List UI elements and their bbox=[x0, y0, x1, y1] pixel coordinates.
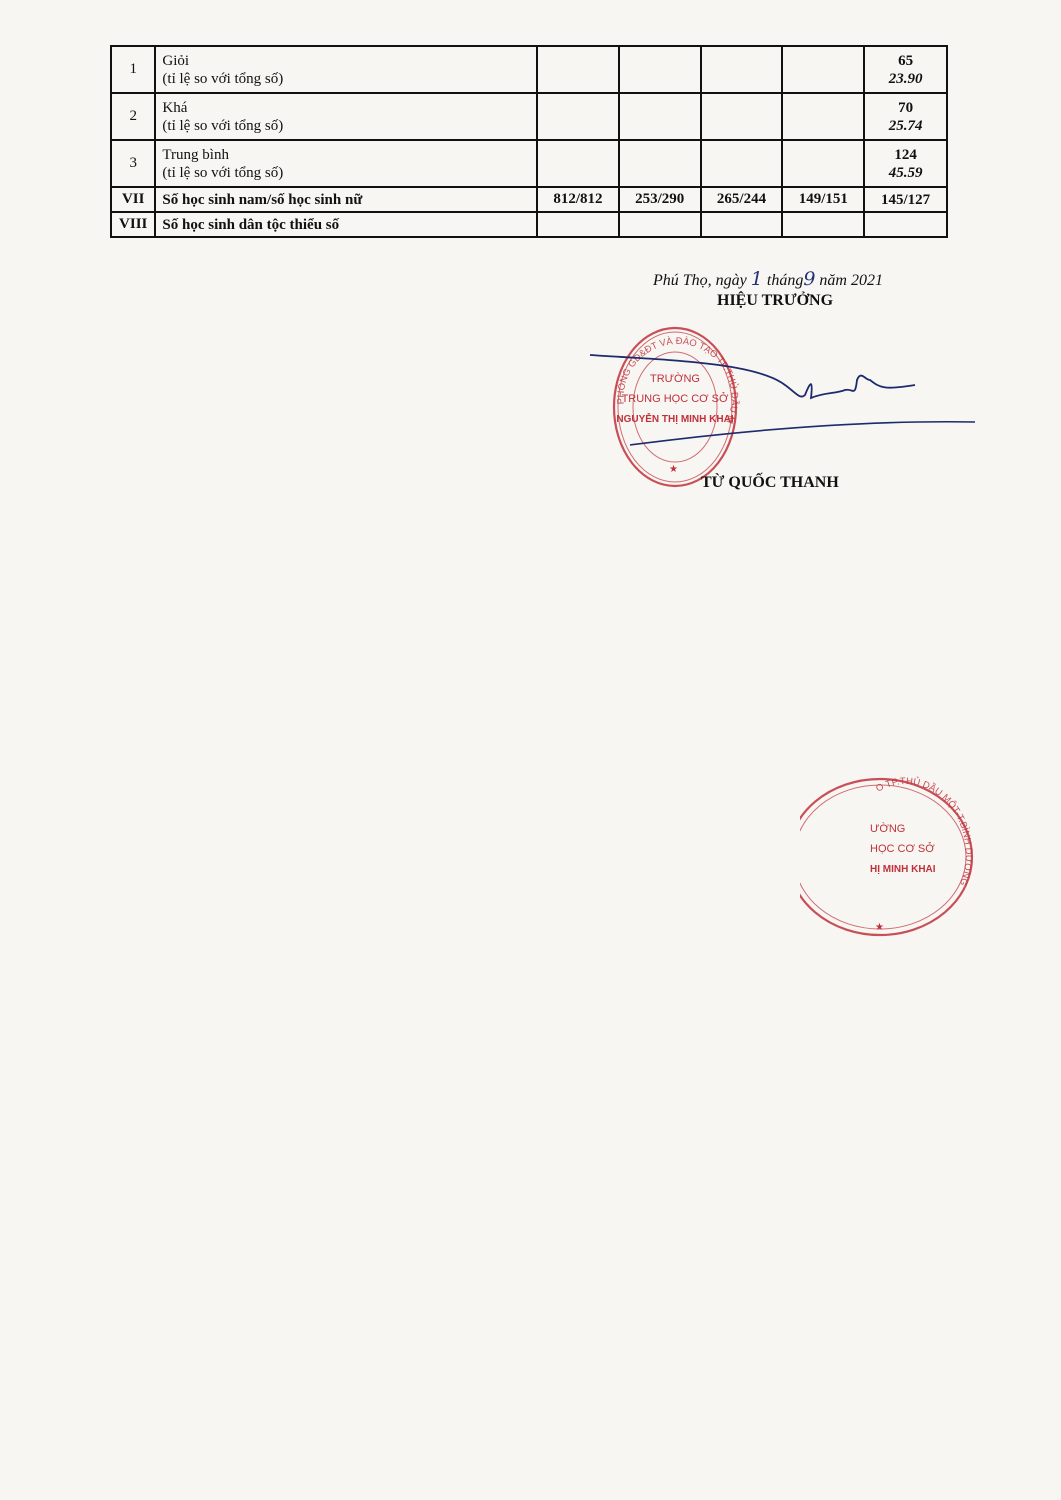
cell bbox=[701, 212, 783, 237]
cell bbox=[701, 93, 783, 140]
table-row: 3 Trung bình(tỉ lệ so với tổng số) 12445… bbox=[111, 140, 947, 187]
svg-text:HỌC CƠ SỞ: HỌC CƠ SỞ bbox=[870, 842, 935, 855]
cell bbox=[782, 140, 864, 187]
cell: 812/812 bbox=[537, 187, 619, 212]
cell: 149/151 bbox=[782, 187, 864, 212]
row-index: VII bbox=[111, 187, 155, 212]
svg-text:HỊ MINH KHAI: HỊ MINH KHAI bbox=[870, 864, 936, 875]
cell bbox=[701, 46, 783, 93]
table-row: 2 Khá(tỉ lệ so với tổng số) 7025.74 bbox=[111, 93, 947, 140]
partial-seal-stamp: O TP.THỦ DẦU MỘT-T.BÌNH DƯƠNG ƯỜNG HỌC C… bbox=[800, 772, 980, 942]
row-label: Giỏi(tỉ lệ so với tổng số) bbox=[155, 46, 537, 93]
statistics-table: 1 Giỏi(tỉ lệ so với tổng số) 6523.90 2 K… bbox=[110, 45, 948, 238]
cell bbox=[537, 140, 619, 187]
row-label: Khá(tỉ lệ so với tổng số) bbox=[155, 93, 537, 140]
date-line: Phú Thọ, ngày 1 tháng9 năm 2021 bbox=[653, 268, 883, 290]
row-index: VIII bbox=[111, 212, 155, 237]
cell bbox=[782, 212, 864, 237]
cell: 12445.59 bbox=[864, 140, 947, 187]
cell bbox=[619, 140, 701, 187]
table-row: VII Số học sinh nam/số học sinh nữ 812/8… bbox=[111, 187, 947, 212]
cell bbox=[782, 93, 864, 140]
cell bbox=[701, 140, 783, 187]
row-label: Số học sinh dân tộc thiểu số bbox=[155, 212, 537, 237]
cell: 265/244 bbox=[701, 187, 783, 212]
row-label: Số học sinh nam/số học sinh nữ bbox=[155, 187, 537, 212]
handwritten-month: 9 bbox=[803, 268, 815, 290]
cell bbox=[537, 93, 619, 140]
cell: 145/127 bbox=[864, 187, 947, 212]
cell bbox=[619, 212, 701, 237]
table-row: VIII Số học sinh dân tộc thiểu số bbox=[111, 212, 947, 237]
cell: 7025.74 bbox=[864, 93, 947, 140]
row-index: 3 bbox=[111, 140, 155, 187]
cell bbox=[864, 212, 947, 237]
svg-text:★: ★ bbox=[875, 922, 884, 933]
table-row: 1 Giỏi(tỉ lệ so với tổng số) 6523.90 bbox=[111, 46, 947, 93]
cell: 6523.90 bbox=[864, 46, 947, 93]
svg-text:ƯỜNG: ƯỜNG bbox=[870, 822, 905, 835]
cell: 253/290 bbox=[619, 187, 701, 212]
row-label: Trung bình(tỉ lệ so với tổng số) bbox=[155, 140, 537, 187]
row-index: 2 bbox=[111, 93, 155, 140]
cell bbox=[537, 212, 619, 237]
handwritten-day: 1 bbox=[751, 268, 763, 290]
cell bbox=[537, 46, 619, 93]
cell bbox=[619, 46, 701, 93]
handwritten-signature bbox=[585, 350, 980, 450]
signer-title: HIỆU TRƯỞNG bbox=[717, 292, 833, 310]
svg-text:★: ★ bbox=[669, 464, 678, 475]
cell bbox=[619, 93, 701, 140]
cell bbox=[782, 46, 864, 93]
signer-name: TỪ QUỐC THANH bbox=[701, 474, 839, 492]
row-index: 1 bbox=[111, 46, 155, 93]
